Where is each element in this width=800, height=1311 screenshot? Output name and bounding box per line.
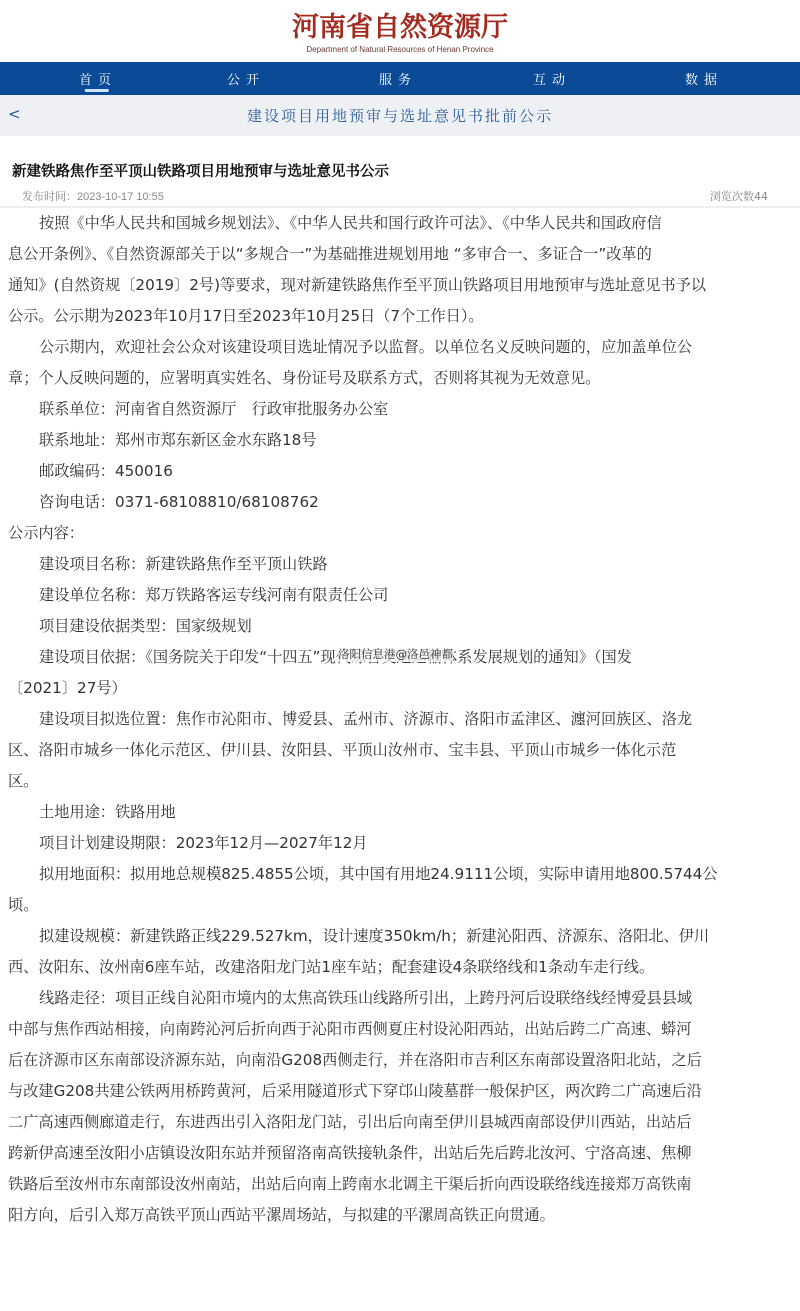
publish-time: 发布时间：2023-10-17 10:55	[22, 188, 164, 204]
site-logo[interactable]: 河南省自然资源厅 Department of Natural Resources…	[0, 0, 800, 62]
intro-line: 公示。公示期为2023年10月17日至2023年10月25日（7个工作日）。	[8, 301, 794, 332]
contact-unit: 联系单位：河南省自然资源厅 行政审批服务办公室	[8, 394, 794, 425]
location-line: 建设项目拟选位置：焦作市沁阳市、博爱县、孟州市、济源市、洛阳市孟津区、瀍河回族区…	[8, 704, 794, 735]
contact-postcode: 邮政编码：450016	[8, 456, 794, 487]
area-line: 拟用地面积：拟用地总规模825.4855公顷，其中国有用地24.9111公顷，实…	[8, 859, 794, 890]
intro-line: 按照《中华人民共和国城乡规划法》、《中华人民共和国行政许可法》、《中华人民共和国…	[8, 208, 794, 239]
construction-period: 项目计划建设期限：2023年12月—2027年12月	[8, 828, 794, 859]
intro-line: 息公开条例》、《自然资源部关于以“多规合一”为基础推进规划用地 “多审合一、多证…	[8, 239, 794, 270]
article-body: 按照《中华人民共和国城乡规划法》、《中华人民共和国行政许可法》、《中华人民共和国…	[8, 208, 794, 1231]
nav-item-service[interactable]: 服务	[362, 62, 434, 95]
contact-phone: 咨询电话：0371-68108810/68108762	[8, 487, 794, 518]
nav-item-interact[interactable]: 互动	[516, 62, 588, 95]
nav-item-label: 公开	[227, 69, 265, 88]
builder-name: 建设单位名称：郑万铁路客运专线河南有限责任公司	[8, 580, 794, 611]
location-line: 区、洛阳市城乡一体化示范区、伊川县、汝阳县、平顶山汝州市、宝丰县、平顶山市城乡一…	[8, 735, 794, 766]
route-line: 中部与焦作西站相接，向南跨沁河后折向西于沁阳市西侧夏庄村设沁阳西站，出站后跨二广…	[8, 1014, 794, 1045]
main-nav: 首页 公开 服务 互动 数据	[0, 62, 800, 95]
watermark: 洛阳信息港@洛邑神都	[338, 646, 453, 662]
route-line: 后在济源市区东南部设济源东站，向南沿G208西侧走行，并在洛阳市吉利区东南部设置…	[8, 1045, 794, 1076]
contact-address: 联系地址：郑州市郑东新区金水东路18号	[8, 425, 794, 456]
nav-item-data[interactable]: 数据	[668, 62, 740, 95]
logo-chinese-title: 河南省自然资源厅	[292, 13, 508, 43]
route-line: 跨新伊高速至汝阳小店镇设汝阳东站并预留洛南高铁接轨条件，出站后先后跨北汝河、宁洛…	[8, 1138, 794, 1169]
back-chevron-icon[interactable]: <	[8, 105, 24, 125]
nav-item-label: 首页	[79, 69, 117, 88]
nav-item-home[interactable]: 首页	[62, 62, 134, 95]
nav-item-label: 互动	[533, 69, 571, 88]
nav-item-label: 服务	[379, 69, 417, 88]
area-line: 顷。	[8, 890, 794, 921]
logo-english-subtitle: Department of Natural Resources of Henan…	[306, 45, 493, 55]
view-count: 浏览次数44	[710, 188, 768, 204]
section-title: 建设项目用地预审与选址意见书批前公示	[0, 105, 800, 126]
land-use: 土地用途：铁路用地	[8, 797, 794, 828]
intro-line: 通知》(自然资规〔2019〕2号)等要求，现对新建铁路焦作至平顶山铁路项目用地预…	[8, 270, 794, 301]
location-line: 区。	[8, 766, 794, 797]
route-line: 与改建G208共建公铁两用桥跨黄河，后采用隧道形式下穿邙山陵墓群一般保护区，两次…	[8, 1076, 794, 1107]
supervision-line: 公示期内，欢迎社会公众对该建设项目选址情况予以监督。以单位名义反映问题的，应加盖…	[8, 332, 794, 363]
nav-item-open[interactable]: 公开	[210, 62, 282, 95]
content-heading: 公示内容：	[8, 518, 794, 549]
route-line: 阳方向，后引入郑万高铁平顶山西站平漯周场站，与拟建的平漯周高铁正向贯通。	[8, 1200, 794, 1231]
route-line: 二广高速西侧廊道走行，东进西出引入洛阳龙门站，引出后向南至伊川县城西南部设伊川西…	[8, 1107, 794, 1138]
scale-line: 西、汝阳东、汝州南6座车站，改建洛阳龙门站1座车站；配套建设4条联络线和1条动车…	[8, 952, 794, 983]
article-header: 新建铁路焦作至平顶山铁路项目用地预审与选址意见书公示 发布时间：2023-10-…	[0, 148, 800, 208]
article-title: 新建铁路焦作至平顶山铁路项目用地预审与选址意见书公示	[12, 160, 389, 181]
basis-line: 〔2021〕27号）	[8, 673, 794, 704]
project-name: 建设项目名称：新建铁路焦作至平顶山铁路	[8, 549, 794, 580]
nav-item-label: 数据	[685, 69, 723, 88]
section-header-bar: < 建设项目用地预审与选址意见书批前公示	[0, 95, 800, 136]
route-line: 铁路后至汝州市东南部设汝州南站，出站后向南上跨南水北调主干渠后折向西设联络线连接…	[8, 1169, 794, 1200]
route-line: 线路走径：项目正线自沁阳市境内的太焦高铁珏山线路所引出，上跨丹河后设联络线经博爱…	[8, 983, 794, 1014]
supervision-line: 章；个人反映问题的，应署明真实姓名、身份证号及联系方式，否则将其视为无效意见。	[8, 363, 794, 394]
active-tab-indicator	[85, 89, 109, 92]
basis-type: 项目建设依据类型：国家级规划	[8, 611, 794, 642]
scale-line: 拟建设规模：新建铁路正线229.527km，设计速度350km/h；新建沁阳西、…	[8, 921, 794, 952]
